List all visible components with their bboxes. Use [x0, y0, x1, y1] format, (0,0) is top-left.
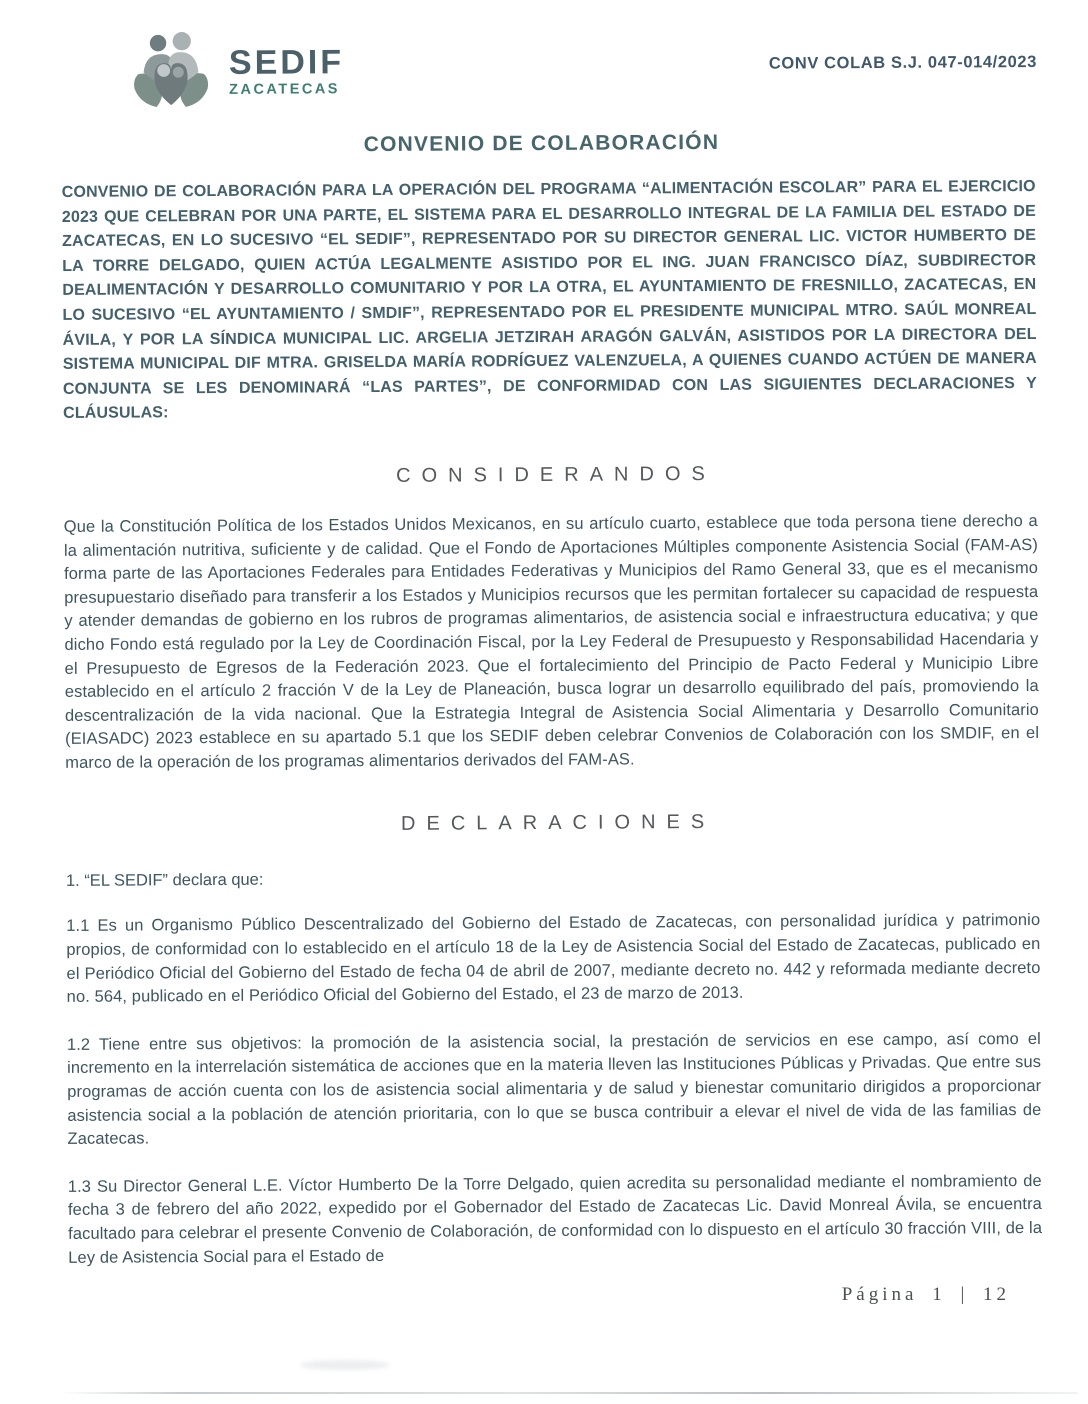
document-body: CONVENIO DE COLABORACIÓN PARA LA OPERACI… — [0, 175, 1088, 1271]
section-heading-declaraciones: DECLARACIONES — [66, 809, 1040, 838]
clause-1-1: 1.1 Es un Organismo Público Descentraliz… — [66, 909, 1041, 1009]
page-header: SEDIF ZACATECAS CONV COLAB S.J. 047-014/… — [0, 0, 1085, 113]
clause-1-2: 1.2 Tiene entre sus objetivos: la promoc… — [67, 1028, 1042, 1152]
logo-subtitle: ZACATECAS — [229, 82, 344, 97]
clause-1-3: 1.3 Su Director General L.E. Víctor Humb… — [68, 1170, 1043, 1270]
scan-smudge — [300, 1360, 390, 1370]
intro-paragraph: CONVENIO DE COLABORACIÓN PARA LA OPERACI… — [62, 175, 1037, 427]
document-page: SEDIF ZACATECAS CONV COLAB S.J. 047-014/… — [0, 0, 1088, 1404]
scan-artifact-line — [60, 1392, 1078, 1394]
considerandos-paragraph: Que la Constitución Política de los Esta… — [64, 510, 1040, 775]
section-heading-considerandos: CONSIDERANDOS — [63, 461, 1037, 490]
page-number: Página 1 | 12 — [842, 1284, 1010, 1306]
page-title: CONVENIO DE COLABORACIÓN — [0, 129, 1086, 160]
family-logo-icon — [125, 30, 218, 115]
document-reference-number: CONV COLAB S.J. 047-014/2023 — [769, 53, 1037, 74]
sedif-logo: SEDIF ZACATECAS — [125, 29, 345, 114]
logo-text: SEDIF ZACATECAS — [229, 45, 344, 97]
logo-title: SEDIF — [229, 45, 344, 80]
declaration-intro: 1. “EL SEDIF” declara que: — [66, 866, 1040, 891]
